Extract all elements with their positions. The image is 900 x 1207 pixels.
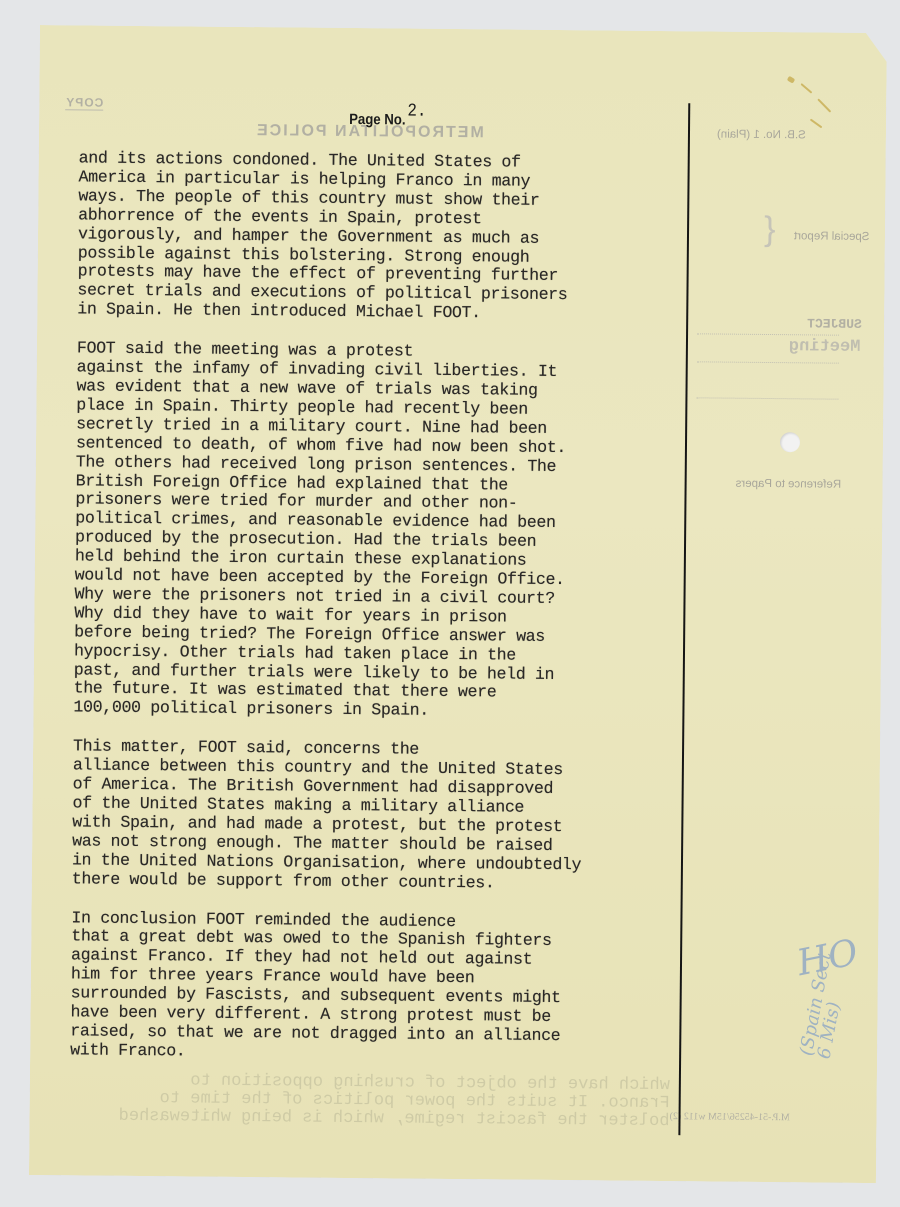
document-page: COPY METROPOLITAN POLICE S.B. No. 1 (Pla… bbox=[29, 25, 887, 1183]
form-id-showthrough: S.B. No. 1 (Plain) bbox=[717, 129, 806, 142]
dotted-rule bbox=[696, 397, 838, 399]
paragraph-conclusion: In conclusion FOOT reminded the audience… bbox=[70, 909, 681, 1066]
subject-label-showthrough: SUBJECT bbox=[807, 316, 862, 332]
punch-hole bbox=[780, 432, 800, 452]
staple-stain bbox=[817, 98, 831, 112]
paragraph-intro-continued: and its actions condoned. The United Sta… bbox=[77, 149, 689, 325]
bleed-line: bolster the fascist regime, which is bei… bbox=[69, 1107, 669, 1131]
brace-showthrough: { bbox=[764, 210, 776, 249]
page-number: 2. bbox=[407, 102, 426, 122]
copy-stamp-showthrough: COPY bbox=[65, 95, 103, 110]
subject-value-showthrough: Meeting bbox=[789, 337, 861, 357]
staple-stain bbox=[810, 119, 823, 129]
page-number-header: Page No.2. bbox=[349, 110, 426, 131]
reference-label-showthrough: Reference to Papers bbox=[736, 478, 842, 491]
dotted-rule bbox=[697, 361, 839, 363]
paragraph-foot-protest: FOOT said the meeting was a protest agai… bbox=[73, 340, 687, 724]
special-report-showthrough: Special Report bbox=[794, 230, 870, 243]
staple-stain bbox=[800, 83, 812, 94]
dotted-rule bbox=[697, 333, 839, 335]
staple-stain bbox=[787, 76, 796, 84]
page-label: Page No. bbox=[349, 111, 406, 129]
paragraph-us-alliance: This matter, FOOT said, concerns the all… bbox=[72, 738, 683, 895]
print-code-showthrough: M.P.-51-45256/15M w112 (2) bbox=[669, 1111, 789, 1123]
report-body: and its actions condoned. The United Sta… bbox=[70, 149, 689, 1086]
